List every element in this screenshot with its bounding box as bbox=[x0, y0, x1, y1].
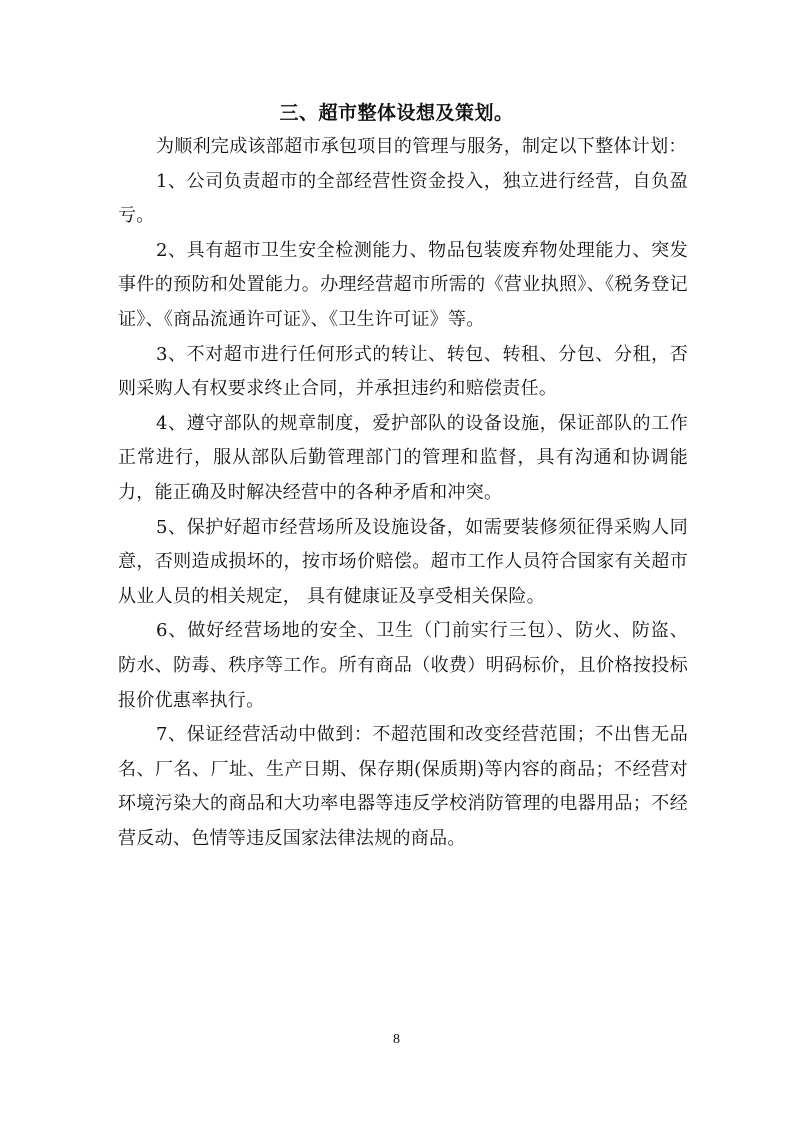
item-2-paragraph: 2、具有超市卫生安全检测能力、物品包装废弃物处理能力、突发事件的预防和处置能力。… bbox=[118, 234, 688, 338]
item-7-paragraph: 7、保证经营活动中做到：不超范围和改变经营范围；不出售无品名、厂名、厂址、生产日… bbox=[118, 718, 688, 856]
item-1-paragraph: 1、公司负责超市的全部经营性资金投入，独立进行经营，自负盈亏。 bbox=[118, 165, 688, 234]
section-title: 三、超市整体设想及策划。 bbox=[0, 98, 793, 125]
item-4-paragraph: 4、遵守部队的规章制度，爱护部队的设备设施，保证部队的工作正常进行，服从部队后勤… bbox=[118, 407, 688, 511]
intro-paragraph: 为顺利完成该部超市承包项目的管理与服务，制定以下整体计划： bbox=[118, 130, 688, 165]
item-5-paragraph: 5、保护好超市经营场所及设施设备，如需要装修须征得采购人同意，否则造成损坏的，按… bbox=[118, 511, 688, 615]
item-3-paragraph: 3、不对超市进行任何形式的转让、转包、转租、分包、分租，否则采购人有权要求终止合… bbox=[118, 338, 688, 407]
page-number: 8 bbox=[0, 1032, 793, 1048]
document-body: 为顺利完成该部超市承包项目的管理与服务，制定以下整体计划： 1、公司负责超市的全… bbox=[118, 130, 688, 856]
item-6-paragraph: 6、做好经营场地的安全、卫生（门前实行三包）、防火、防盗、防水、防毒、秩序等工作… bbox=[118, 614, 688, 718]
document-page: 三、超市整体设想及策划。 为顺利完成该部超市承包项目的管理与服务，制定以下整体计… bbox=[0, 0, 793, 1122]
